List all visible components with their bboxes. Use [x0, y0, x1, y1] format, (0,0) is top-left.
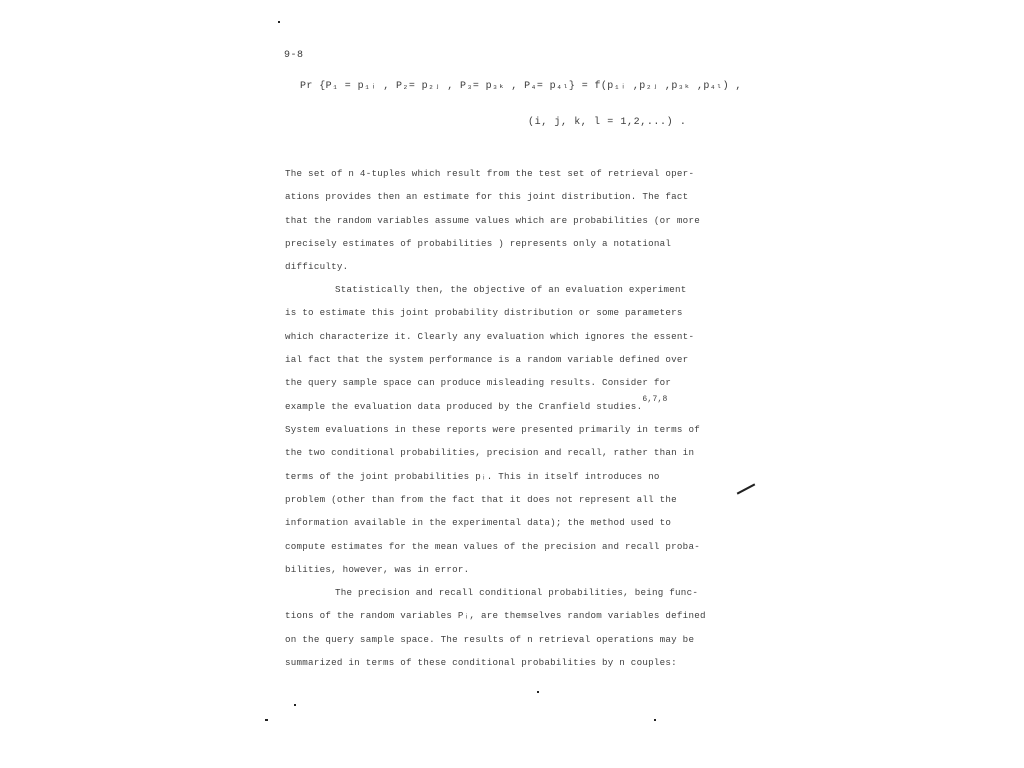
- text-line: which characterize it. Clearly any evalu…: [285, 331, 694, 342]
- scan-artifact-dot: [537, 691, 539, 693]
- text-line: ations provides then an estimate for thi…: [285, 191, 688, 202]
- text-line: information available in the experimenta…: [285, 517, 671, 528]
- text-line: ial fact that the system performance is …: [285, 354, 688, 365]
- text-line: is to estimate this joint probability di…: [285, 307, 683, 318]
- scanned-document-page: 9-8 Pr {P₁ = p₁ᵢ , P₂= p₂ⱼ , P₃= p₃ₖ , P…: [0, 0, 1024, 768]
- page-number: 9-8: [284, 50, 304, 61]
- text-line: compute estimates for the mean values of…: [285, 541, 700, 552]
- text-line: that the random variables assume values …: [285, 215, 700, 226]
- text-line: on the query sample space. The results o…: [285, 634, 694, 645]
- scan-artifact-dot: [294, 704, 296, 706]
- text-line: bilities, however, was in error.: [285, 564, 469, 575]
- text-line: the two conditional probabilities, preci…: [285, 447, 694, 458]
- text-line: precisely estimates of probabilities ) r…: [285, 238, 671, 249]
- text-line: difficulty.: [285, 261, 348, 272]
- joint-distribution-equation: Pr {P₁ = p₁ᵢ , P₂= p₂ⱼ , P₃= p₃ₖ , P₄= p…: [300, 80, 742, 92]
- text-line: the query sample space can produce misle…: [285, 377, 671, 388]
- text-line: summarized in terms of these conditional…: [285, 657, 677, 668]
- scan-artifact-stroke: [737, 483, 756, 494]
- equation-index-range: (i, j, k, l = 1,2,...) .: [528, 117, 686, 128]
- scan-artifact-dot: [278, 21, 280, 23]
- scan-artifact-dot: [265, 719, 268, 721]
- text-line: The set of n 4-tuples which result from …: [285, 168, 694, 179]
- footnote-reference: 6,7,8: [642, 395, 667, 404]
- text-line: System evaluations in these reports were…: [285, 424, 700, 435]
- text-line: problem (other than from the fact that i…: [285, 494, 677, 505]
- text-line: tions of the random variables Pᵢ, are th…: [285, 610, 706, 621]
- text-line: Statistically then, the objective of an …: [335, 284, 687, 295]
- text-line: example the evaluation data produced by …: [285, 401, 668, 412]
- text-line: The precision and recall conditional pro…: [335, 587, 698, 598]
- scan-artifact-dot: [654, 719, 656, 721]
- text-line: terms of the joint probabilities pᵢ. Thi…: [285, 471, 660, 482]
